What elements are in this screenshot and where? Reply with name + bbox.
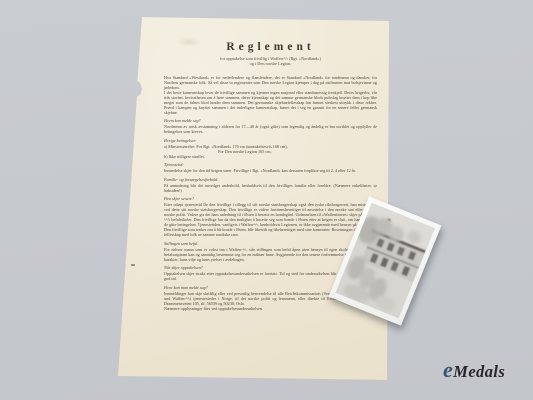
emedals-logo: eMedals (443, 357, 505, 383)
section-heading: Øvrige betingelser: (164, 138, 377, 143)
document-paragraph: Inntredelse skjer for den tid krigen var… (164, 168, 377, 173)
document-paragraph: I det beste kameratskap lever de frivill… (164, 90, 377, 115)
document-paragraph: Nordmenn av arisk avstamning i alderen f… (164, 124, 377, 134)
document-paragraph: b) Ikke tidligere straffet. (164, 154, 377, 159)
emedals-logo-e: e (443, 357, 453, 383)
section-heading: Familie- og forsørgelsesforhold. (164, 177, 377, 182)
document-paragraph: Nærmere opplysninger fåes ved opptakelse… (164, 306, 377, 311)
reglement-document: Reglement for opptakelse som frivillig i… (116, 15, 392, 383)
document-paragraph: På anmodning blir det innvilget underhol… (164, 183, 377, 193)
subtitle-line: og i Den norske Legion. (164, 61, 377, 66)
paper-mark (131, 264, 135, 266)
section-heading: Tjenestetid: (164, 162, 377, 167)
section-heading: Stillingen som befal. (164, 241, 377, 246)
document-paragraph: Den frivillige som tenker om å bli bonde… (164, 227, 377, 237)
product-photo-stage: Reglement for opptakelse som frivillig i… (0, 0, 533, 400)
section-heading: Hvem kan melde seg? (164, 118, 377, 123)
document-title: Reglement (164, 41, 377, 53)
section-heading: Hva skjer senere? (164, 196, 377, 201)
document-paragraph: Hva Standard «Westland» er for nederlend… (164, 75, 377, 90)
document-paragraph: Etter utløpt tjenestetid får den frivill… (164, 202, 377, 227)
document-subtitle: for opptakelse som frivillig i Waffen-ϟϟ… (164, 56, 377, 67)
emedals-logo-text: Medals (453, 362, 505, 382)
